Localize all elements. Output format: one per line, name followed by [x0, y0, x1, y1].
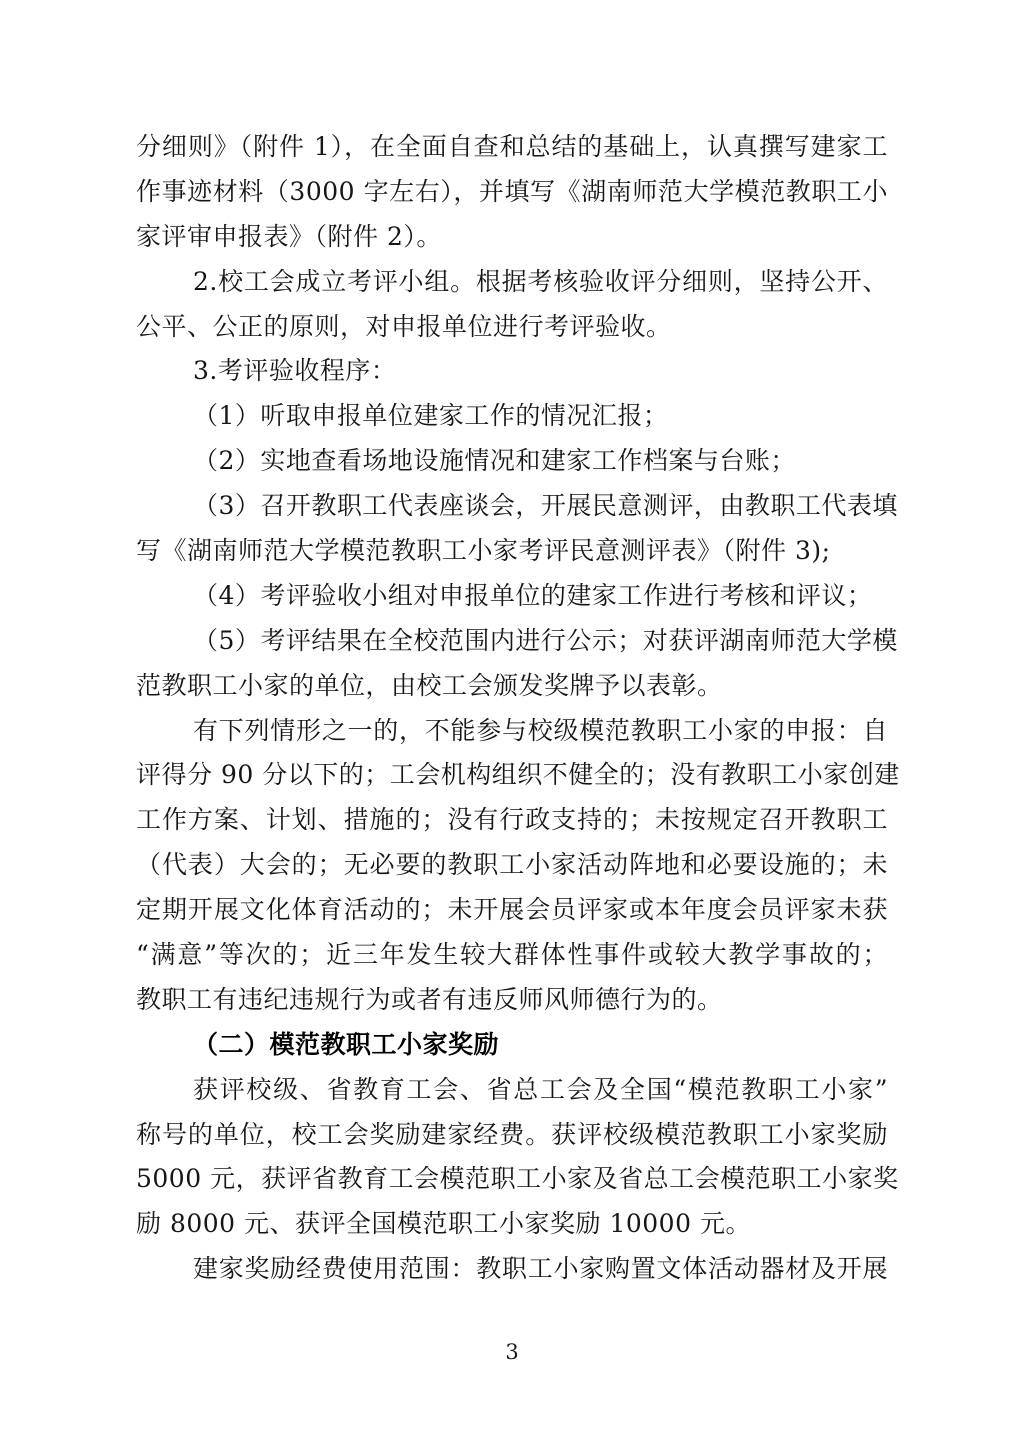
page-number: 3	[136, 1338, 888, 1366]
document-body: 分细则》（附件 1），在全面自查和总结的基础上，认真撰写建家工作事迹材料（300…	[136, 125, 888, 1292]
text-line: 建家奖励经费使用范围：教职工小家购置文体活动器材及开展	[136, 1247, 888, 1292]
text-line: 评得分 90 分以下的；工会机构组织不健全的；没有教职工小家创建	[136, 753, 888, 798]
text-line: “满意”等次的；近三年发生较大群体性事件或较大教学事故的；	[136, 933, 888, 978]
document-page: 分细则》（附件 1），在全面自查和总结的基础上，认真撰写建家工作事迹材料（300…	[0, 0, 1024, 1448]
text-line: 励 8000 元、获评全国模范职工小家奖励 10000 元。	[136, 1202, 888, 1247]
text-line: （3）召开教职工代表座谈会，开展民意测评，由教职工代表填	[136, 484, 888, 529]
text-line: 作事迹材料（3000 字左右），并填写《湖南师范大学模范教职工小	[136, 170, 888, 215]
text-line: （4）考评验收小组对申报单位的建家工作进行考核和评议；	[136, 574, 888, 619]
text-line: 范教职工小家的单位，由校工会颁发奖牌予以表彰。	[136, 664, 888, 709]
text-line: （二）模范教职工小家奖励	[136, 1023, 888, 1068]
text-line: 工作方案、计划、措施的；没有行政支持的；未按规定召开教职工	[136, 798, 888, 843]
text-line: 写《湖南师范大学模范教职工小家考评民意测评表》（附件 3);	[136, 529, 888, 574]
text-line: 家评审申报表》（附件 2）。	[136, 215, 888, 260]
text-line: 5000 元，获评省教育工会模范职工小家及省总工会模范职工小家奖	[136, 1157, 888, 1202]
text-line: 2.校工会成立考评小组。根据考核验收评分细则，坚持公开、	[136, 260, 888, 305]
text-line: 公平、公正的原则，对申报单位进行考评验收。	[136, 305, 888, 350]
text-line: 3.考评验收程序：	[136, 349, 888, 394]
text-line: （1）听取申报单位建家工作的情况汇报；	[136, 394, 888, 439]
text-line: （代表）大会的；无必要的教职工小家活动阵地和必要设施的；未	[136, 843, 888, 888]
text-line: 称号的单位，校工会奖励建家经费。获评校级模范教职工小家奖励	[136, 1113, 888, 1158]
text-line: 分细则》（附件 1），在全面自查和总结的基础上，认真撰写建家工	[136, 125, 888, 170]
text-line: 教职工有违纪违规行为或者有违反师风师德行为的。	[136, 978, 888, 1023]
text-line: 获评校级、省教育工会、省总工会及全国“模范教职工小家”	[136, 1068, 888, 1113]
text-line: （2）实地查看场地设施情况和建家工作档案与台账；	[136, 439, 888, 484]
text-line: 定期开展文化体育活动的；未开展会员评家或本年度会员评家未获	[136, 888, 888, 933]
text-line: 有下列情形之一的，不能参与校级模范教职工小家的申报：自	[136, 709, 888, 754]
text-line: （5）考评结果在全校范围内进行公示；对获评湖南师范大学模	[136, 619, 888, 664]
